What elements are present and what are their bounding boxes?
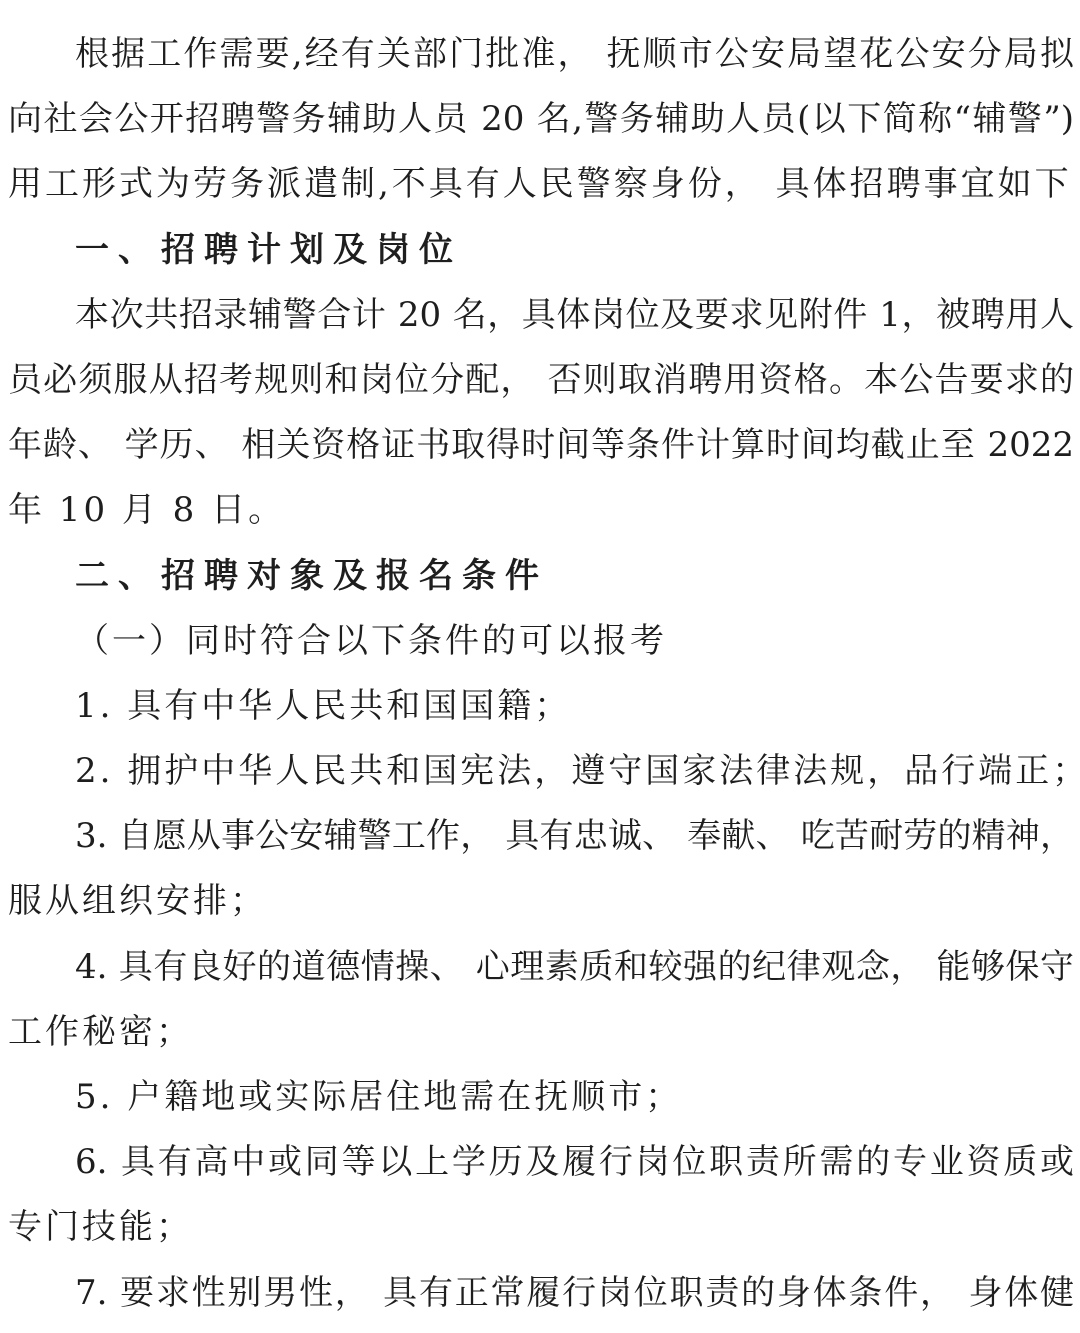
condition-item-1: 1. 具有中华人民共和国国籍； [8,674,1074,739]
section-1-heading: 一、招聘计划及岗位 [8,218,1074,283]
document-content: 根据工作需要,经有关部门批准， 抚顺市公安局望花公安分局拟 向社会公开招聘警务辅… [0,0,1080,1326]
section-1-paragraph-line-3: 年龄、 学历、 相关资格证书取得时间等条件计算时间均截止至 2022 [8,413,1074,478]
intro-paragraph-line-1: 根据工作需要,经有关部门批准， 抚顺市公安局望花公安分局拟 [8,22,1074,87]
condition-item-7-line-1: 7. 要求性别男性， 具有正常履行岗位职责的身体条件， 身体健 [8,1261,1074,1326]
intro-paragraph-line-2: 向社会公开招聘警务辅助人员 20 名,警务辅助人员(以下简称“辅警”) [8,87,1074,152]
condition-item-4-line-2: 工作秘密； [8,1000,1074,1065]
section-1-paragraph-line-2: 员必须服从招考规则和岗位分配， 否则取消聘用资格。本公告要求的 [8,348,1074,413]
condition-item-2: 2. 拥护中华人民共和国宪法，遵守国家法律法规，品行端正； [8,739,1074,804]
section-2-heading: 二、招聘对象及报名条件 [8,544,1074,609]
section-1-paragraph-line-1: 本次共招录辅警合计 20 名，具体岗位及要求见附件 1，被聘用人 [8,283,1074,348]
intro-paragraph-line-3: 用工形式为劳务派遣制,不具有人民警察身份， 具体招聘事宜如下： [8,152,1074,217]
document-page: 根据工作需要,经有关部门批准， 抚顺市公安局望花公安分局拟 向社会公开招聘警务辅… [0,0,1080,1333]
condition-item-3-line-1: 3. 自愿从事公安辅警工作， 具有忠诚、 奉献、 吃苦耐劳的精神， [8,804,1074,869]
condition-item-6-line-1: 6. 具有高中或同等以上学历及履行岗位职责所需的专业资质或 [8,1130,1074,1195]
section-1-paragraph-line-4: 年 10 月 8 日。 [8,478,1074,543]
condition-item-3-line-2: 服从组织安排； [8,869,1074,934]
condition-item-6-line-2: 专门技能； [8,1195,1074,1260]
condition-item-4-line-1: 4. 具有良好的道德情操、 心理素质和较强的纪律观念， 能够保守 [8,935,1074,1000]
condition-item-5: 5. 户籍地或实际居住地需在抚顺市； [8,1065,1074,1130]
section-2-subheading: （一）同时符合以下条件的可以报考 [8,609,1074,674]
